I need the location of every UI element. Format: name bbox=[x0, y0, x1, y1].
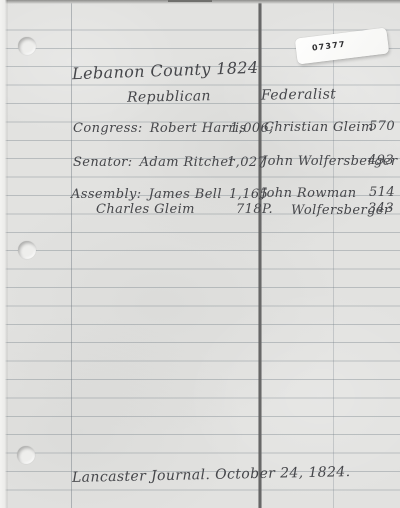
vote-count-federalist: 514 bbox=[369, 186, 395, 200]
candidate-initial-federalist: P. bbox=[262, 203, 273, 217]
punch-hole-bottom bbox=[17, 446, 35, 464]
vote-count-federalist: 570 bbox=[369, 120, 395, 134]
scan-left-edge bbox=[0, 0, 8, 508]
ruled-lines bbox=[0, 12, 400, 508]
row-senator: Senator: Adam Ritcher bbox=[73, 156, 235, 170]
candidate-name-federalist: John Rowman bbox=[261, 187, 357, 201]
candidate-name-republican: Charles Gleim bbox=[96, 203, 195, 217]
vote-count-republican: 718 bbox=[236, 203, 262, 217]
row-congress: Congress: Robert Harris bbox=[73, 122, 246, 136]
office-label: Senator: bbox=[73, 156, 133, 170]
office-label: Congress: bbox=[73, 122, 143, 136]
vote-count-federalist: 493 bbox=[368, 154, 394, 168]
candidate-name-republican: James Bell bbox=[149, 188, 222, 202]
scan-top-edge-mark bbox=[168, 0, 212, 2]
candidate-name-republican: Adam Ritcher bbox=[140, 156, 235, 170]
office-label: Assembly: bbox=[71, 188, 142, 202]
punch-hole-middle bbox=[18, 241, 36, 259]
column-header-federalist: Federalist bbox=[261, 87, 337, 104]
right-column-line bbox=[333, 0, 334, 508]
candidate-name-federalist: Christian Gleim bbox=[264, 121, 374, 135]
punch-hole-top bbox=[18, 37, 36, 55]
column-header-republican: Republican bbox=[127, 89, 211, 106]
vote-count-republican: 1,027 bbox=[227, 156, 266, 170]
vote-count-federalist: 343 bbox=[368, 202, 394, 216]
scanned-document-page: 07377 Lebanon County 1824 Republican Fed… bbox=[0, 0, 400, 508]
row-assembly-1: Assembly: James Bell bbox=[71, 188, 222, 202]
